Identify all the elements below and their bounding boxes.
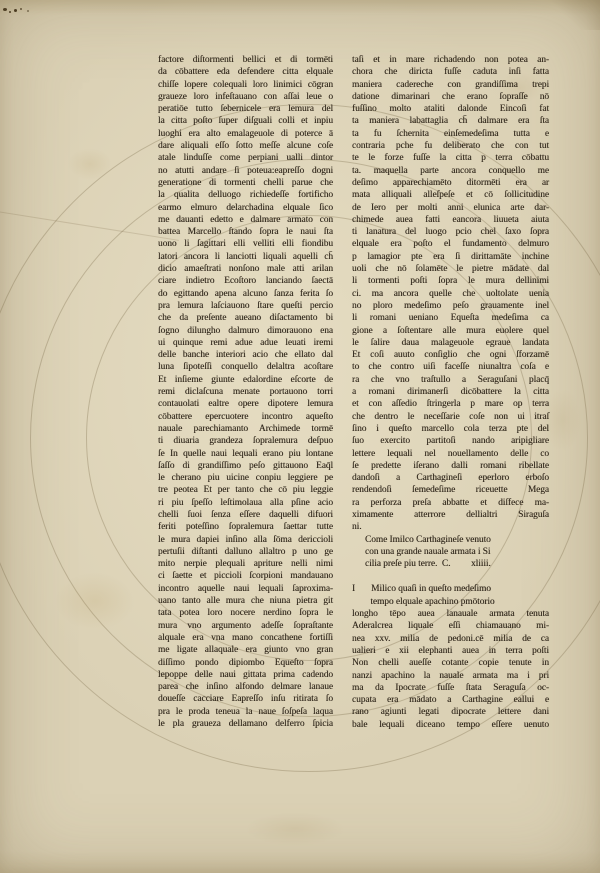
text-line: Aderalcrea liquale eſſi chiamauano mi- [352, 620, 549, 632]
chapter-heading-line: cilia preſe piu terre. C. xliiii. [352, 558, 549, 570]
text-line: ti diuaria grandeza ſopralemura deſpuo [158, 435, 333, 447]
text-line: taſi et in mare richadendo non potea an- [352, 54, 549, 66]
text-line: ta maniera labattaglia ch̄ dalmare era ſ… [352, 115, 549, 127]
text-line: ra perforza preſa abbatte et diſfece ma- [352, 497, 549, 509]
text-line: doueſſe cacciare Eapreſſo inſu ritirata … [158, 693, 333, 705]
text-line: li romani ueniano Equeſta medeſima ca [352, 312, 549, 324]
foxing-speck [27, 10, 29, 12]
text-line: lettere lequali nel nouellamento delle c… [352, 448, 549, 460]
text-line: ci ſaette et piccioli ſcorpioni mandauan… [158, 570, 333, 582]
text-line: deſimo apparechiamēto ditormēti era ar [352, 177, 549, 189]
text-line: ſogno dilungho dalmuro dimorauono ena [158, 325, 333, 337]
text-line: dandoſi a Carthagineſi eperloro erboſo [352, 472, 549, 484]
text-line: mura vno argumento adeſſe ſopraſtante [158, 620, 333, 632]
text-line: lepoppe delle naui gittata prima cadendo [158, 669, 333, 681]
text-line: maniera cadereche con grandiſſima trepi [352, 79, 549, 91]
right-text-column: taſi et in mare richadendo non potea an-… [352, 54, 549, 731]
text-line: do egittando apena alcuno ſanza ferita ſ… [158, 288, 333, 300]
text-line: me dauanti edetto e dalmare armato con [158, 214, 333, 226]
text-line: ta fu ſchernita einſemedeſima tutta e [352, 128, 549, 140]
text-line: et con aſſedio ſtringerla p mare op terr… [352, 398, 549, 410]
text-line: dicio amaeſtrati nonſono male atti arila… [158, 263, 333, 275]
text-line: ciare indietro Ecoſtoro lanciando ſaectā [158, 275, 333, 287]
left-text-column: factore diſtormenti bellici et di tormēt… [158, 54, 333, 730]
line-gap [352, 570, 549, 583]
text-line: le pla graueza dellamano delferro ſpicia [158, 718, 333, 730]
text-line: ximamente atterrore dellialtri Siraguſa [352, 509, 549, 521]
text-line: delle banche interiori acio che ellato d… [158, 349, 333, 361]
text-line: che dentro le neceſſarie coſe non ui itr… [352, 411, 549, 423]
text-line: che da preſente aueano diſactamento bi [158, 312, 333, 324]
text-line: chimede auea fatti eancora liuueta aiuta [352, 214, 549, 226]
text-line: latori ancora li lanciotti liquali aquel… [158, 251, 333, 263]
text-line: tre peotea Et per tanto che cō piu leggi… [158, 484, 333, 496]
page-corner-shadow [548, 0, 600, 30]
text-line: elquale era poſto el fundamento delmuro [352, 238, 549, 250]
text-line: nea xxv. milia de pedoni.cē milia de ca [352, 633, 549, 645]
text-line: Non chelli aueſſe cotante copie tenute i… [352, 657, 549, 669]
text-line: ualieri e xii elephanti auea in terra po… [352, 645, 549, 657]
text-line: I Milico quaſi in queſto medeſimo [352, 583, 549, 595]
foxing-speck [14, 9, 17, 12]
text-line: p lamagior pte era ſi dirittamāte inchin… [352, 251, 549, 263]
text-line: luoghi era alto emalageuole di poterce ā [158, 128, 333, 140]
chapter-heading-line: con una grande nauale armata i Si [352, 546, 549, 558]
text-line: me ligate allaquale era giunto vno gran [158, 644, 333, 656]
text-line: chelli ſuoi ſenza eſſere daquelli difuor… [158, 509, 333, 521]
text-line: gione a ſoſtentare alle mura euolere que… [352, 325, 549, 337]
text-line: remi diclaſcuna menate portauono torri [158, 386, 333, 398]
text-line: peratiōe tutto ſebernicele era lemura de… [158, 103, 333, 115]
text-line: le cherano piu uicine conpiu leggiere pe [158, 472, 333, 484]
foxing-speck [3, 8, 7, 11]
text-line: diſſimo pondo dipiombo Equeſto ſopra [158, 657, 333, 669]
text-line: chiſſe lopere colequali loro linimici cō… [158, 79, 333, 91]
text-line: contauolati ealtre opere dipotere lemura [158, 398, 333, 410]
text-line: te le forze fuſſe la citta p terra cōbat… [352, 152, 549, 164]
text-line: fuſſino molto ataliti dalonde Eincoſi fa… [352, 103, 549, 115]
text-line: luna ſipoteſſi conquello delaltra acoſta… [158, 361, 333, 373]
foxing-speck [20, 8, 22, 10]
text-line: pertuſii diſtanti dalluno allaltro p uno… [158, 546, 333, 558]
text-line: ſe predette iſerano dalli romani ribella… [352, 460, 549, 472]
text-line: no atutti andare ſi poteua:eapreſſo dogn… [158, 165, 333, 177]
text-line: longho tēpo auea lanauale armata tenuta [352, 608, 549, 620]
text-line: mito nerpie plequali apriture nelli nimi [158, 558, 333, 570]
text-line: pra lemura laſciauono ſtare queſti perci… [158, 300, 333, 312]
text-line: ſino i queſto marcello cola terza pte de… [352, 423, 549, 435]
text-line: generatione di tormenti chelli parue che [158, 177, 333, 189]
text-line: tata potea loro nocere nerdino ſopra le [158, 607, 333, 619]
text-line: ri piu ſpeſſo leſtimolaua alla pſine aci… [158, 497, 333, 509]
text-line: la qualita delluogo richiedeſſe fortific… [158, 189, 333, 201]
text-line: a romani dirimanerſi dicōbattere la citt… [352, 386, 549, 398]
text-line: battea Marcello ſtando ſopra le naui ſta [158, 226, 333, 238]
chapter-heading-line: Come Imilco Carthagineſe venuto [352, 534, 549, 546]
text-line: da cōbattere eda defendere citta elquale [158, 66, 333, 78]
text-line: incontro aquelle naui lequali ſaproxima- [158, 583, 333, 595]
text-line: rendendoſi ſemedeſime riceuette Mega [352, 484, 549, 496]
text-line: la citta poſto ſuper diſguali colli et i… [158, 115, 333, 127]
text-line: contraria pche fu deliberato che con tut [352, 140, 549, 152]
text-line: ma da Ipocrate fuſſe ſtata Seraguſa oc- [352, 682, 549, 694]
text-line: feriti poteſſino ſopralemura ſaettar tut… [158, 521, 333, 533]
text-line: datione dimarinari che erano ſopraſſe nō [352, 91, 549, 103]
text-line: uano tanto alle mura che niuna pietra gi… [158, 595, 333, 607]
text-line: uoli che nō ſolamēte le pietre mādate da… [352, 263, 549, 275]
foxing-speck [9, 11, 11, 13]
text-line: le ſalire daua malageuole egraue landata [352, 337, 549, 349]
text-line: ſaſſo di grandiſſimo peſo gittauono Eaq̄… [158, 460, 333, 472]
text-line: dare aliquali eſſo ſotto meſſe alcune co… [158, 140, 333, 152]
text-line: le mura dapiei inſino alla ſōma dericcio… [158, 534, 333, 546]
text-line: atale linduſſe come perpiani ualli dinto… [158, 152, 333, 164]
text-line: ni. [352, 521, 549, 533]
text-line: uono li ſagittari elli velliti elli fion… [158, 238, 333, 250]
text-line: bale lequali diceano tempo eſſere uenuto [352, 719, 549, 731]
text-line: ui quinque remi adue adue leuati iremi [158, 337, 333, 349]
text-line: nanzi apachino la nauale armata ma i pri [352, 670, 549, 682]
text-line: chora che diricta fuſſe caduta inſi fatt… [352, 66, 549, 78]
text-line: earmo elmuro delarchadina elquale ſico [158, 202, 333, 214]
text-line: pra le proda teneua la naue ſoſpeſa laqu… [158, 706, 333, 718]
text-line: parea che inſino alfondo delmare lanaue [158, 681, 333, 693]
text-line: Et inſieme giunte edalordine eſcorte de [158, 374, 333, 386]
text-line: ta. maquella parte ancora conquello me [352, 165, 549, 177]
text-line: cōbattere epercuotere incontro aqueſto [158, 411, 333, 423]
text-line: ti lanatura del luogo pcio chel ſaxo ſop… [352, 226, 549, 238]
text-line: graueze loro infeſtauano con aſſai leue … [158, 91, 333, 103]
text-line: rano agiunti legati dipocrate lettere da… [352, 706, 549, 718]
text-line: cupata era mādato a Carthagine eallui e [352, 694, 549, 706]
text-line: no ploro medeſimo peſo grauamente inel [352, 300, 549, 312]
text-line: ci. ma ancora quelle che uoltolate uenia [352, 288, 549, 300]
text-line: ſe In quelle naui lequali erano piu lont… [158, 448, 333, 460]
text-line: mata alliquali alleſpeſe et cō ſollicitu… [352, 189, 549, 201]
text-line: factore diſtormenti bellici et di tormēt… [158, 54, 333, 66]
text-line: to che contro uiſi faceſſe niunaltra coſ… [352, 361, 549, 373]
text-line: alquale era vna mano concathene fortiſſi [158, 632, 333, 644]
text-line: ſuo exercito partitoſi nando aripigliare [352, 435, 549, 447]
text-line: tempo elquale apachino pmōtorio [352, 596, 549, 608]
text-line: li tormenti poſti ſopra le mura dellinim… [352, 275, 549, 287]
text-line: de Iero per molti anni elunica arte dar- [352, 202, 549, 214]
text-line: nauale parechiamanto Archimede tormē [158, 423, 333, 435]
text-line: ra che vno traſtullo a Seraguſani placq̄ [352, 374, 549, 386]
text-line: Et coſi auuto conſiglio che ogni ſforzam… [352, 349, 549, 361]
